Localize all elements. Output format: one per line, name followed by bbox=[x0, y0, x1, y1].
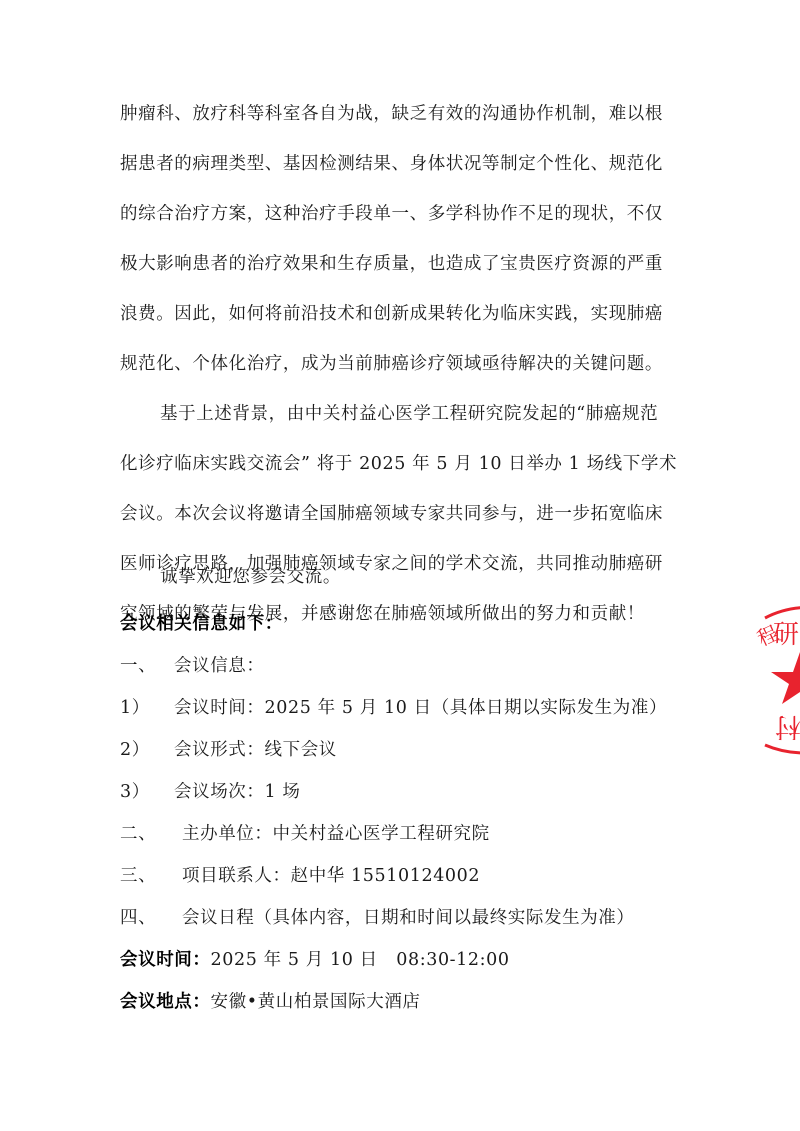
paragraph1-line: 浪费。因此，如何将前沿技术和创新成果转化为临床实践，实现肺癌 bbox=[120, 304, 663, 324]
section3-number: 三、 bbox=[120, 866, 156, 886]
paragraph1-line: 极大影响患者的治疗效果和生存质量，也造成了宝贵医疗资源的严重 bbox=[120, 254, 663, 274]
section1-item: 2） 会议形式：线下会议 bbox=[120, 740, 150, 760]
paragraph1-line: 的综合治疗方案，这种治疗手段单一、多学科协作不足的现状，不仅 bbox=[120, 204, 663, 224]
meeting-place-value: 安徽•黄山柏景国际大酒店 bbox=[211, 992, 421, 1012]
section2: 二、 主办单位：中关村益心医学工程研究院 bbox=[120, 824, 156, 844]
section3-text: 项目联系人：赵中华 15510124002 bbox=[182, 866, 480, 886]
section1-item: 3） 会议场次：1 场 bbox=[120, 782, 150, 802]
item-text: 会议形式：线下会议 bbox=[174, 740, 337, 760]
section1-number: 一、 bbox=[120, 656, 156, 676]
meeting-time-label: 会议时间： bbox=[120, 950, 211, 970]
info-heading: 会议相关信息如下： bbox=[120, 614, 283, 634]
paragraph1-line: 肿瘤科、放疗科等科室各自为战，缺乏有效的沟通协作机制，难以根 bbox=[120, 104, 663, 124]
item-number: 1） bbox=[120, 698, 150, 718]
welcome-text: 诚挚欢迎您参会交流。 bbox=[160, 567, 341, 587]
paragraph1-line: 据患者的病理类型、基因检测结果、身体状况等制定个性化、规范化 bbox=[120, 154, 663, 174]
meeting-place: 会议地点：安徽•黄山柏景国际大酒店 bbox=[120, 992, 421, 1012]
meeting-time-value: 2025 年 5 月 10 日 08:30-12:00 bbox=[211, 950, 510, 970]
item-number: 3） bbox=[120, 782, 150, 802]
section1-item: 1） 会议时间：2025 年 5 月 10 日（具体日期以实际发生为准） bbox=[120, 698, 150, 718]
meeting-place-label: 会议地点： bbox=[120, 992, 211, 1012]
paragraph2-line: 会议。本次会议将邀请全国肺癌领域专家共同参与，进一步拓宽临床 bbox=[120, 504, 663, 524]
section1-heading: 一、 会议信息： bbox=[120, 656, 156, 676]
item-text: 会议场次：1 场 bbox=[174, 782, 301, 802]
section1-title: 会议信息： bbox=[174, 656, 265, 676]
seal-char: 村 bbox=[775, 710, 800, 747]
official-seal: 程 研 村 bbox=[755, 600, 800, 750]
document-page: 肿瘤科、放疗科等科室各自为战，缺乏有效的沟通协作机制，难以根 据患者的病理类型、… bbox=[0, 0, 800, 1131]
paragraph2-line: 基于上述背景，由中关村益心医学工程研究院发起的“肺癌规范 bbox=[160, 404, 658, 424]
paragraph1-line: 规范化、个体化治疗，成为当前肺癌诊疗领域亟待解决的关键问题。 bbox=[120, 354, 663, 374]
section3: 三、 项目联系人：赵中华 15510124002 bbox=[120, 866, 156, 886]
section4-number: 四、 bbox=[120, 908, 156, 928]
meeting-time: 会议时间：2025 年 5 月 10 日 08:30-12:00 bbox=[120, 950, 510, 970]
seal-char: 研 bbox=[773, 614, 799, 651]
section2-text: 主办单位：中关村益心医学工程研究院 bbox=[182, 824, 490, 844]
section4-text: 会议日程（具体内容，日期和时间以最终实际发生为准） bbox=[182, 908, 635, 928]
paragraph2-line: 化诊疗临床实践交流会” 将于 2025 年 5 月 10 日举办 1 场线下学术 bbox=[120, 454, 677, 474]
section4: 四、 会议日程（具体内容，日期和时间以最终实际发生为准） bbox=[120, 908, 156, 928]
item-number: 2） bbox=[120, 740, 150, 760]
item-text: 会议时间：2025 年 5 月 10 日（具体日期以实际发生为准） bbox=[174, 698, 667, 718]
section2-number: 二、 bbox=[120, 824, 156, 844]
